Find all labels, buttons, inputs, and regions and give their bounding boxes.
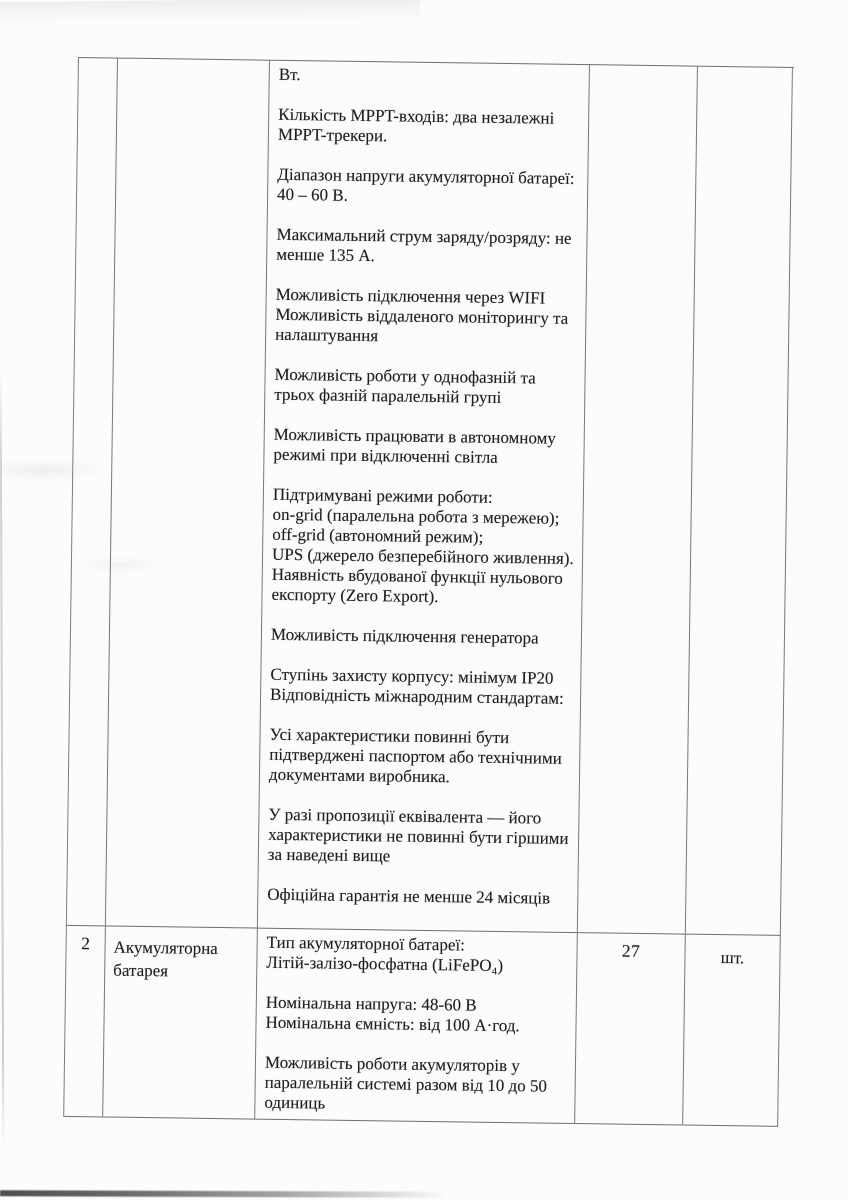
item-name-cell: Акумуляторна батарея [103, 926, 258, 1119]
spec-paragraph: Усі характеристики повинні бути підтверд… [269, 725, 574, 789]
spec-paragraph: Ступінь захисту корпусу: мінімум IP20 Ві… [270, 665, 575, 709]
item-spec-cell: Тип акумуляторної батареї: Літій-залізо-… [255, 929, 578, 1124]
spec-paragraph: Можливість роботи у однофазній та трьох … [274, 365, 579, 409]
spec-paragraph: Підтримувані режими роботи: on-grid (пар… [271, 485, 577, 609]
spec-paragraph: Діапазон напруги акумуляторної батареї: … [277, 165, 582, 209]
spec-paragraph: Номінальна напруга: 48-60 В Номінальна є… [265, 993, 570, 1037]
unit-cell: шт. [683, 935, 781, 1127]
spec-paragraph: Кількість MPPT-входів: два незалежні MPP… [278, 105, 583, 149]
item-number-cell: 2 [64, 926, 106, 1118]
spec-paragraph: Офіційна гарантія не менше 24 місяців [267, 885, 571, 909]
item-spec-cell: Вт. Кількість MPPT-входів: два незалежні… [258, 61, 590, 933]
unit-cell [686, 67, 793, 936]
spec-paragraph: Можливість підключення через WIFI Можлив… [275, 285, 580, 349]
spec-paragraph: Тип акумуляторної батареї: Літій-залізо-… [266, 933, 571, 977]
specifications-table: Вт. Кількість MPPT-входів: два незалежні… [63, 57, 794, 1127]
spec-paragraph: Вт. [279, 65, 583, 89]
scan-edge-shadow [0, 0, 420, 24]
item-name-cell [106, 59, 270, 929]
quantity-cell: 27 [575, 933, 686, 1125]
spec-paragraph: Можливість підключення генератора [271, 625, 575, 649]
spec-paragraph: Можливість роботи акумуляторів у паралел… [264, 1053, 569, 1117]
table-row-item-1-continued: Вт. Кількість MPPT-входів: два незалежні… [67, 58, 794, 936]
spec-paragraph: У разі пропозиції еквівалента — його хар… [268, 805, 573, 869]
scanned-document-page: Вт. Кількість MPPT-входів: два незалежні… [0, 0, 848, 1200]
spec-paragraph: Можливість працювати в автономному режим… [273, 425, 578, 469]
scan-page-edge-line [0, 368, 4, 1150]
quantity-cell [578, 65, 698, 934]
spec-paragraph: Максимальний струм заряду/розряду: не ме… [276, 225, 581, 269]
scan-artifact-bar [0, 1190, 448, 1198]
table-row-item-2: 2 Акумуляторна батарея Тип акумуляторної… [64, 926, 782, 1127]
